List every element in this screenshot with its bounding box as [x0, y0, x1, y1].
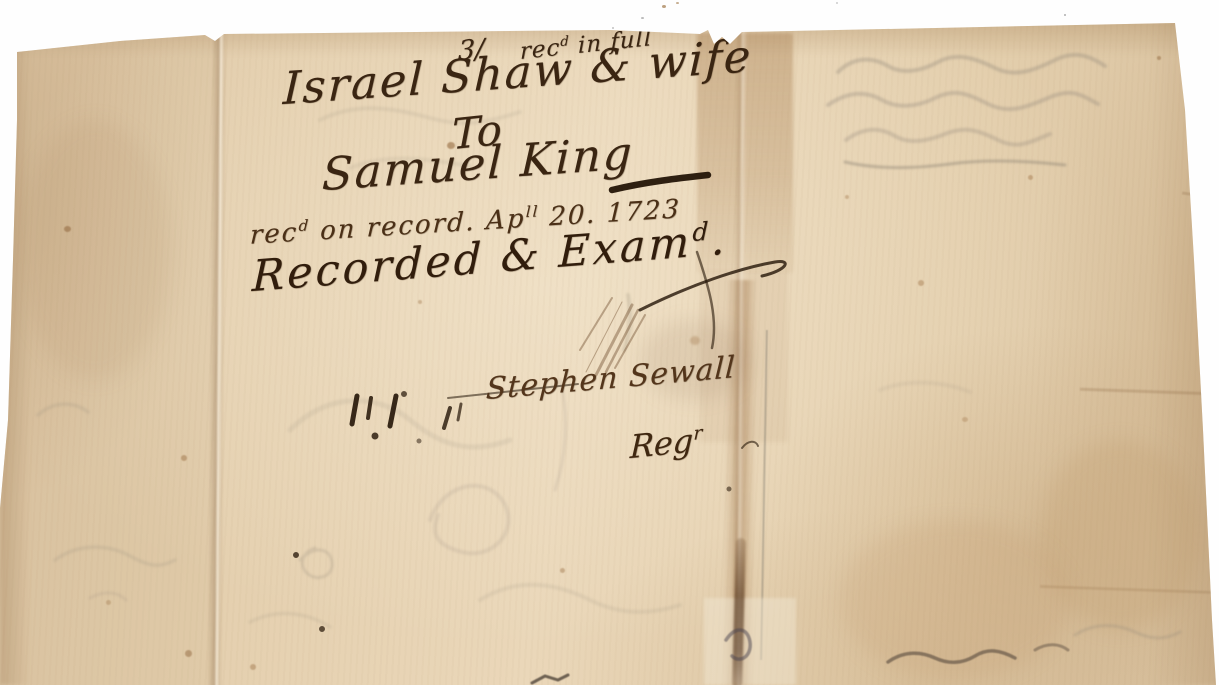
photo-backdrop: 3/ recd in full Israel Shaw & wife To Sa… — [0, 0, 1219, 685]
text-part: Reg — [629, 421, 694, 466]
superscript: ll — [525, 202, 539, 221]
background-speck — [836, 2, 838, 4]
endorsement-writing: 3/ recd in full Israel Shaw & wife To Sa… — [0, 0, 1219, 685]
manuscript-paper: 3/ recd in full Israel Shaw & wife To Sa… — [0, 0, 1219, 685]
superscript: r — [693, 423, 703, 445]
background-speck — [1064, 14, 1066, 16]
background-speck — [612, 27, 614, 29]
superscript: d — [298, 216, 310, 235]
grantor-line: Israel Shaw & wife — [282, 29, 753, 115]
superscript: d — [692, 216, 712, 247]
text-part: . — [710, 214, 728, 266]
text-part: rec — [249, 218, 299, 251]
background-speck — [662, 5, 666, 8]
background-speck — [676, 2, 679, 4]
registrar-title: Regr — [629, 420, 702, 466]
registrar-signature: Stephen Sewall — [485, 350, 736, 407]
grantee-line: Samuel King — [321, 126, 635, 201]
background-speck — [641, 17, 644, 19]
